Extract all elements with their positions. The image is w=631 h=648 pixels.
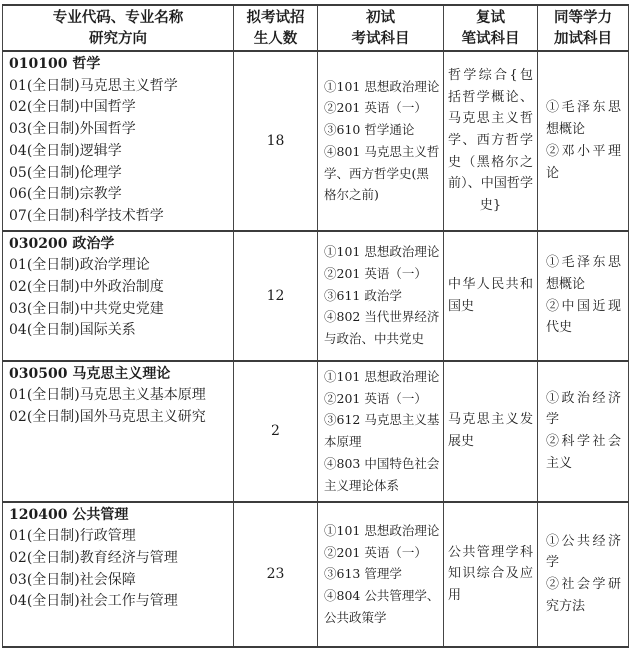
table-body: 010100 哲学 01(全日制)马克思主义哲学02(全日制)中国哲学03(全日… [3,51,629,643]
initial-subject-item: ②201 英语（一） [324,97,440,119]
additional-subject-item: ②社会学研究方法 [546,574,621,617]
initial-subject-list: ①101 思想政治理论②201 英语（一）③610 哲学通论④801 马克思主义… [324,76,440,206]
initial-subject-item: ③612 马克思主义基本原理 [324,409,440,452]
admissions-table-sheet: 专业代码、专业名称 研究方向 拟考试招 生人数 初试 考试科目 复试 笔试科目 … [2,4,629,643]
direction-list: 01(全日制)马克思主义基本原理02(全日制)国外马克思主义研究 [9,385,227,428]
direction-item: 02(全日制)中国哲学 [9,97,227,119]
admissions-table: 专业代码、专业名称 研究方向 拟考试招 生人数 初试 考试科目 复试 笔试科目 … [2,4,629,643]
initial-subject-list: ①101 思想政治理论②201 英语（一）③612 马克思主义基本原理④803 … [324,366,440,496]
cell-additional-subjects: ①公共经济学②社会学研究方法 [538,502,629,643]
retest-subject-text: 马克思主义发展史 [448,409,533,452]
initial-subject-item: ①101 思想政治理论 [324,366,440,388]
additional-subject-item: ①公共经济学 [546,531,621,574]
enrollment-count: 2 [234,423,317,439]
cell-additional-subjects: ①毛泽东思想概论②中国近现代史 [538,231,629,361]
initial-subject-item: ②201 英语（一） [324,542,440,564]
initial-subject-item: ③610 哲学通论 [324,119,440,141]
cell-initial-subjects: ①101 思想政治理论②201 英语（一）③611 政治学④802 当代世界经济… [318,231,444,361]
retest-subject-text: 哲学综合{包括哲学概论、马克思主义哲学、西方哲学史（黑格尔之前）、中国哲学史} [448,65,533,217]
direction-item: 02(全日制)国外马克思主义研究 [9,407,227,429]
header-row: 专业代码、专业名称 研究方向 拟考试招 生人数 初试 考试科目 复试 笔试科目 … [3,5,629,51]
col-header-major-line2: 研究方向 [5,28,231,49]
col-header-major-line1: 专业代码、专业名称 [5,7,231,28]
col-header-additional-test: 同等学力 加试科目 [538,5,629,51]
direction-item: 03(全日制)中共党史党建 [9,299,227,321]
direction-item: 02(全日制)中外政治制度 [9,277,227,299]
col-header-enrollment-line2: 生人数 [236,28,315,49]
additional-subject-item: ①毛泽东思想概论 [546,252,621,295]
table-row: 120400 公共管理 01(全日制)行政管理02(全日制)教育经济与管理03(… [3,502,629,643]
initial-subject-item: ③613 管理学 [324,563,440,585]
direction-item: 02(全日制)教育经济与管理 [9,548,227,570]
initial-subject-item: ④801 马克思主义哲学、西方哲学史(黑格尔之前) [324,141,440,206]
additional-subject-list: ①政治经济学②科学社会主义 [546,388,621,475]
col-header-retest: 复试 笔试科目 [444,5,538,51]
direction-item: 01(全日制)马克思主义哲学 [9,76,227,98]
additional-subject-item: ①毛泽东思想概论 [546,97,621,140]
direction-item: 06(全日制)宗教学 [9,184,227,206]
cell-enrollment: 23 [234,502,318,643]
additional-subject-item: ②邓小平理论 [546,141,621,184]
additional-subject-list: ①公共经济学②社会学研究方法 [546,531,621,618]
cell-retest-subject: 中华人民共和国史 [444,231,538,361]
cell-retest-subject: 哲学综合{包括哲学概论、马克思主义哲学、西方哲学史（黑格尔之前）、中国哲学史} [444,51,538,231]
cell-enrollment: 12 [234,231,318,361]
cell-initial-subjects: ①101 思想政治理论②201 英语（一）③612 马克思主义基本原理④803 … [318,361,444,502]
direction-item: 01(全日制)行政管理 [9,526,227,548]
direction-item: 03(全日制)社会保障 [9,570,227,592]
direction-item: 01(全日制)政治学理论 [9,255,227,277]
cell-additional-subjects: ①毛泽东思想概论②邓小平理论 [538,51,629,231]
direction-list: 01(全日制)马克思主义哲学02(全日制)中国哲学03(全日制)外国哲学04(全… [9,76,227,228]
col-header-retest-line1: 复试 [446,7,535,28]
initial-subject-item: ①101 思想政治理论 [324,76,440,98]
additional-subject-item: ②科学社会主义 [546,431,621,474]
cell-retest-subject: 马克思主义发展史 [444,361,538,502]
initial-subject-item: ④802 当代世界经济与政治、中共党史 [324,306,440,349]
enrollment-count: 23 [234,566,317,582]
cell-retest-subject: 公共管理学科知识综合及应用 [444,502,538,643]
initial-subject-list: ①101 思想政治理论②201 英语（一）③611 政治学④802 当代世界经济… [324,241,440,350]
direction-item: 04(全日制)逻辑学 [9,141,227,163]
table-row: 010100 哲学 01(全日制)马克思主义哲学02(全日制)中国哲学03(全日… [3,51,629,231]
additional-subject-list: ①毛泽东思想概论②中国近现代史 [546,252,621,339]
direction-item: 07(全日制)科学技术哲学 [9,206,227,228]
col-header-major: 专业代码、专业名称 研究方向 [3,5,234,51]
major-code-title: 010100 哲学 [9,54,227,76]
additional-subject-list: ①毛泽东思想概论②邓小平理论 [546,97,621,184]
cell-major-directions: 030200 政治学 01(全日制)政治学理论02(全日制)中外政治制度03(全… [3,231,234,361]
retest-subject-text: 公共管理学科知识综合及应用 [448,542,533,607]
direction-item: 04(全日制)社会工作与管理 [9,591,227,613]
enrollment-count: 12 [234,288,317,304]
major-code-title: 030200 政治学 [9,234,227,256]
initial-subject-item: ①101 思想政治理论 [324,520,440,542]
col-header-retest-line2: 笔试科目 [446,28,535,49]
initial-subject-item: ④804 公共管理学、公共政策学 [324,585,440,628]
col-header-additional-test-line2: 加试科目 [540,28,626,49]
table-row: 030500 马克思主义理论 01(全日制)马克思主义基本原理02(全日制)国外… [3,361,629,502]
initial-subject-list: ①101 思想政治理论②201 英语（一）③613 管理学④804 公共管理学、… [324,520,440,629]
major-code-title: 120400 公共管理 [9,505,227,527]
direction-list: 01(全日制)政治学理论02(全日制)中外政治制度03(全日制)中共党史党建04… [9,255,227,342]
additional-subject-item: ②中国近现代史 [546,296,621,339]
direction-item: 05(全日制)伦理学 [9,163,227,185]
initial-subject-item: ④803 中国特色社会主义理论体系 [324,453,440,496]
cell-major-directions: 030500 马克思主义理论 01(全日制)马克思主义基本原理02(全日制)国外… [3,361,234,502]
cell-enrollment: 18 [234,51,318,231]
major-code-title: 030500 马克思主义理论 [9,364,227,386]
col-header-initial-exam: 初试 考试科目 [318,5,444,51]
cell-major-directions: 010100 哲学 01(全日制)马克思主义哲学02(全日制)中国哲学03(全日… [3,51,234,231]
cell-enrollment: 2 [234,361,318,502]
col-header-initial-exam-line1: 初试 [320,7,441,28]
enrollment-count: 18 [234,133,317,149]
cell-initial-subjects: ①101 思想政治理论②201 英语（一）③610 哲学通论④801 马克思主义… [318,51,444,231]
initial-subject-item: ②201 英语（一） [324,388,440,410]
direction-item: 01(全日制)马克思主义基本原理 [9,385,227,407]
retest-subject-text: 中华人民共和国史 [448,274,533,317]
direction-item: 04(全日制)国际关系 [9,320,227,342]
cell-initial-subjects: ①101 思想政治理论②201 英语（一）③613 管理学④804 公共管理学、… [318,502,444,643]
additional-subject-item: ①政治经济学 [546,388,621,431]
cell-additional-subjects: ①政治经济学②科学社会主义 [538,361,629,502]
col-header-additional-test-line1: 同等学力 [540,7,626,28]
initial-subject-item: ③611 政治学 [324,285,440,307]
direction-list: 01(全日制)行政管理02(全日制)教育经济与管理03(全日制)社会保障04(全… [9,526,227,613]
col-header-enrollment: 拟考试招 生人数 [234,5,318,51]
table-row: 030200 政治学 01(全日制)政治学理论02(全日制)中外政治制度03(全… [3,231,629,361]
col-header-enrollment-line1: 拟考试招 [236,7,315,28]
col-header-initial-exam-line2: 考试科目 [320,28,441,49]
direction-item: 03(全日制)外国哲学 [9,119,227,141]
initial-subject-item: ②201 英语（一） [324,263,440,285]
initial-subject-item: ①101 思想政治理论 [324,241,440,263]
table-header: 专业代码、专业名称 研究方向 拟考试招 生人数 初试 考试科目 复试 笔试科目 … [3,5,629,51]
cell-major-directions: 120400 公共管理 01(全日制)行政管理02(全日制)教育经济与管理03(… [3,502,234,643]
